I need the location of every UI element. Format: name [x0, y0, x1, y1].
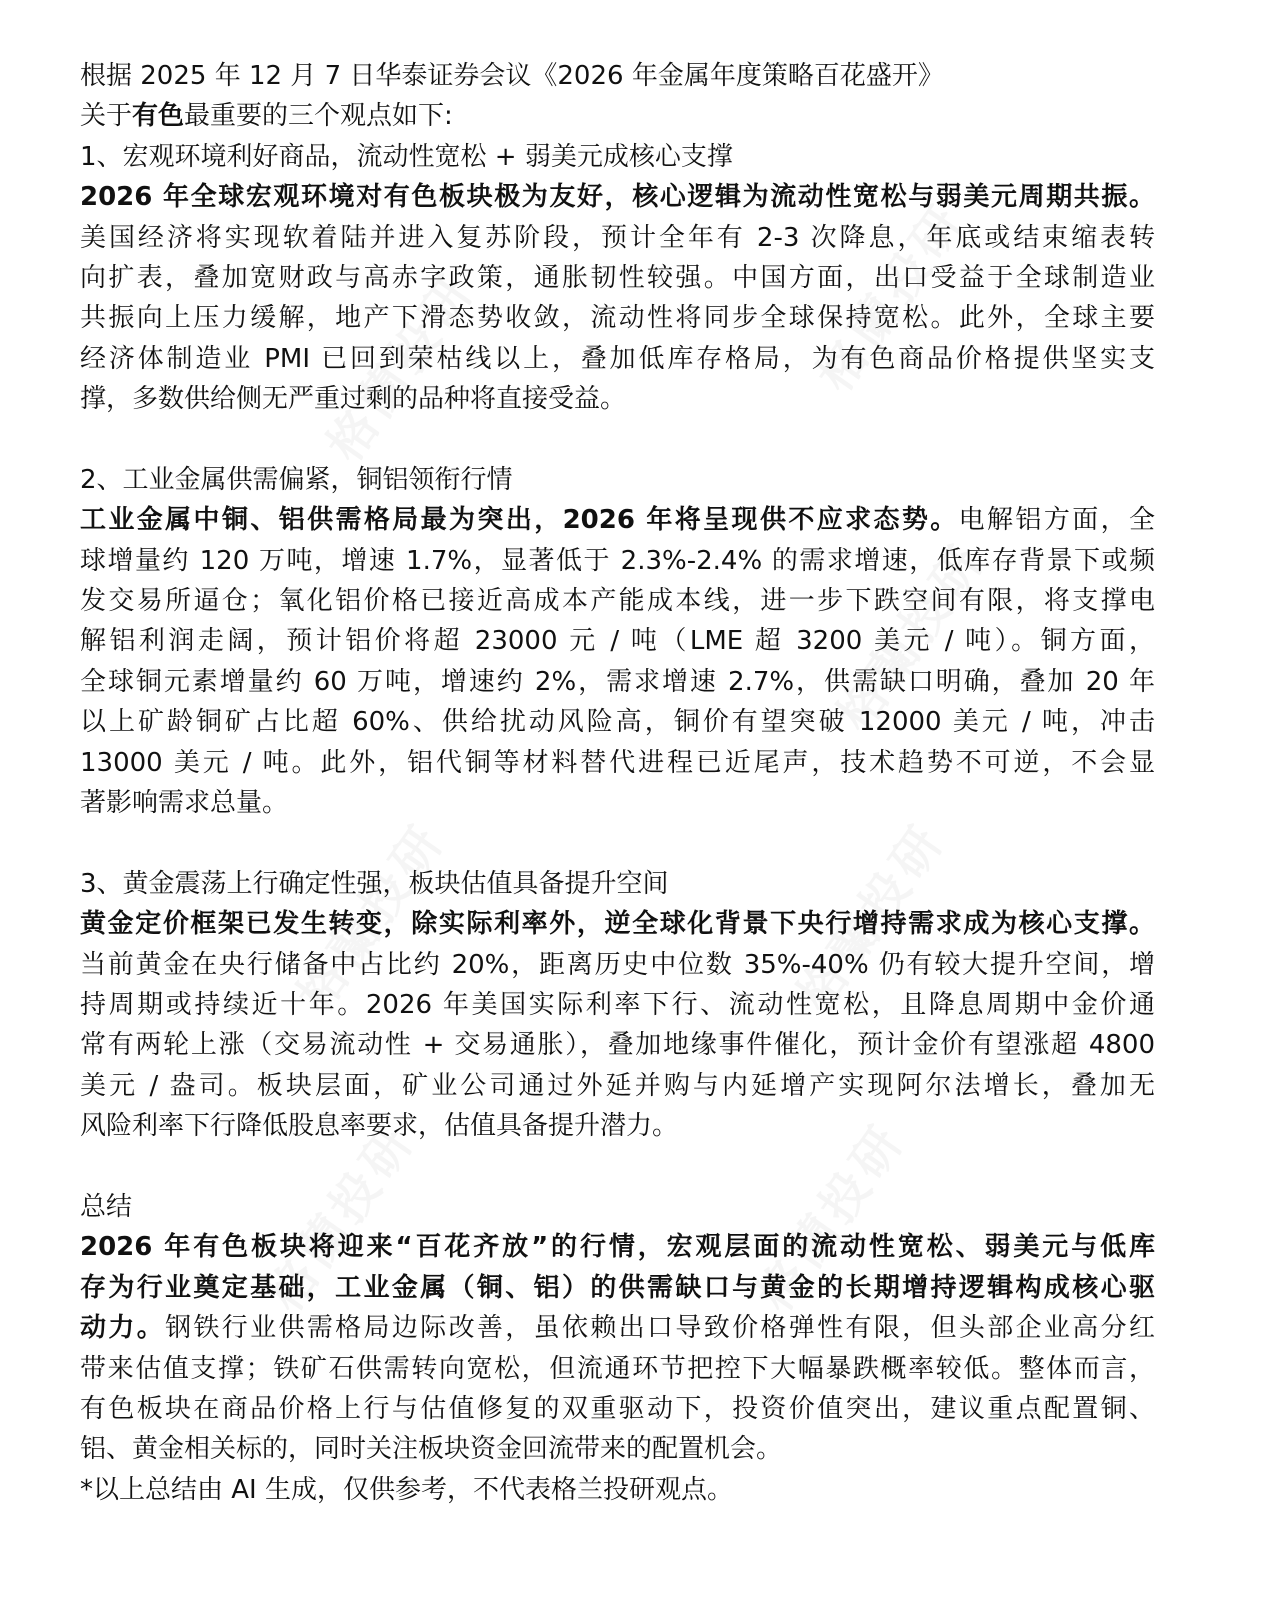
section-2-line: 工业金属中铜、铝供需格局最为突出，2026 年将呈现供不应求态势。电解铝方面，全 — [80, 500, 1155, 540]
document-title: 根据 2025 年 12 月 7 日华泰证券会议《2026 年金属年度策略百花盛… — [80, 56, 1155, 96]
section-2-line: 著影响需求总量。 — [80, 783, 1155, 823]
intro-suffix: 最重要的三个观点如下: — [184, 101, 453, 131]
summary-line: 带来估值支撑；铁矿石供需转向宽松，但流通环节把控下大幅暴跌概率较低。整体而言， — [80, 1349, 1155, 1389]
summary-title: 总结 — [80, 1187, 1155, 1227]
intro-line: 关于有色最重要的三个观点如下: — [80, 96, 1155, 136]
section-3-line: 当前黄金在央行储备中占比约 20%，距离历史中位数 35%-40% 仍有较大提升… — [80, 945, 1155, 985]
section-3-line: 黄金定价框架已发生转变，除实际利率外，逆全球化背景下央行增持需求成为核心支撑。 — [80, 904, 1155, 944]
section-3-line: 美元 / 盎司。板块层面，矿业公司通过外延并购与内延增产实现阿尔法增长，叠加无 — [80, 1066, 1155, 1106]
summary-line: 存为行业奠定基础，工业金属（铜、铝）的供需缺口与黄金的长期增持逻辑构成核心驱 — [80, 1268, 1155, 1308]
section-1-line: 经济体制造业 PMI 已回到荣枯线以上，叠加低库存格局，为有色商品价格提供坚实支 — [80, 339, 1155, 379]
section-1-line: 美国经济将实现软着陆并进入复苏阶段，预计全年有 2-3 次降息，年底或结束缩表转 — [80, 218, 1155, 258]
section-2-line: 13000 美元 / 吨。此外，铝代铜等材料替代进程已近尾声，技术趋势不可逆，不… — [80, 743, 1155, 783]
section-1-title: 1、宏观环境利好商品，流动性宽松 + 弱美元成核心支撑 — [80, 137, 1155, 177]
intro-keyword: 有色 — [132, 101, 184, 131]
section-2-line: 解铝利润走阔，预计铝价将超 23000 元 / 吨（LME 超 3200 美元 … — [80, 621, 1155, 661]
section-1-line: 2026 年全球宏观环境对有色板块极为友好，核心逻辑为流动性宽松与弱美元周期共振… — [80, 177, 1155, 217]
summary-line: 有色板块在商品价格上行与估值修复的双重驱动下，投资价值突出，建议重点配置铜、 — [80, 1389, 1155, 1429]
section-1-line: 向扩表，叠加宽财政与高赤字政策，通胀韧性较强。中国方面，出口受益于全球制造业 — [80, 258, 1155, 298]
section-3-line: 风险利率下行降低股息率要求，估值具备提升潜力。 — [80, 1106, 1155, 1146]
section-2-line: 以上矿龄铜矿占比超 60%、供给扰动风险高，铜价有望突破 12000 美元 / … — [80, 702, 1155, 742]
section-3-line: 常有两轮上涨（交易流动性 + 交易通胀），叠加地缘事件催化，预计金价有望涨超 4… — [80, 1025, 1155, 1065]
section-2-line: 发交易所逼仓；氧化铝价格已接近高成本产能成本线，进一步下跌空间有限，将支撑电 — [80, 581, 1155, 621]
section-2-line: 全球铜元素增量约 60 万吨，增速约 2%，需求增速 2.7%，供需缺口明确，叠… — [80, 662, 1155, 702]
section-2-title: 2、工业金属供需偏紧，铜铝领衔行情 — [80, 460, 1155, 500]
section-1-line: 撑，多数供给侧无严重过剩的品种将直接受益。 — [80, 379, 1155, 419]
section-3-title: 3、黄金震荡上行确定性强，板块估值具备提升空间 — [80, 864, 1155, 904]
document-body: 根据 2025 年 12 月 7 日华泰证券会议《2026 年金属年度策略百花盛… — [80, 56, 1155, 1510]
summary-line: 铝、黄金相关标的，同时关注板块资金回流带来的配置机会。 — [80, 1429, 1155, 1469]
section-1-line: 共振向上压力缓解，地产下滑态势收敛，流动性将同步全球保持宽松。此外，全球主要 — [80, 298, 1155, 338]
intro-prefix: 关于 — [80, 101, 132, 131]
summary-line: 2026 年有色板块将迎来“百花齐放”的行情，宏观层面的流动性宽松、弱美元与低库 — [80, 1227, 1155, 1267]
summary-line: 动力。钢铁行业供需格局边际改善，虽依赖出口导致价格弹性有限，但头部企业高分红 — [80, 1308, 1155, 1348]
disclaimer: *以上总结由 AI 生成，仅供参考，不代表格兰投研观点。 — [80, 1470, 1155, 1510]
section-2-line: 球增量约 120 万吨，增速 1.7%，显著低于 2.3%-2.4% 的需求增速… — [80, 541, 1155, 581]
section-3-line: 持周期或持续近十年。2026 年美国实际利率下行、流动性宽松，且降息周期中金价通 — [80, 985, 1155, 1025]
